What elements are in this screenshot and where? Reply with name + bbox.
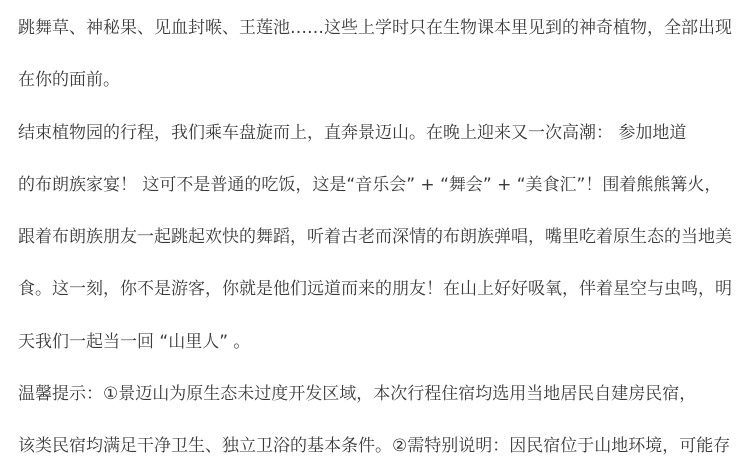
- text-line-5: 跟着布朗族朋友一起跳起欢快的舞蹈，听着古老而深情的布朗族弹唱，嘴里吃着原生态的当…: [18, 211, 736, 263]
- text-line-7: 天我们一起当一回 “山里人” 。: [18, 316, 736, 368]
- text-line-2: 在你的面前。: [18, 54, 736, 106]
- text-line-3: 结束植物园的行程，我们乘车盘旋而上，直奔景迈山。在晚上迎来又一次高潮： 参加地道: [18, 107, 736, 159]
- text-line-8: 温馨提示：①景迈山为原生态未过度开发区域，本次行程住宿均选用当地居民自建房民宿，: [18, 368, 736, 420]
- document-page: 跳舞草、神秘果、见血封喉、王莲池……这些上学时只在生物课本里见到的神奇植物，全部…: [0, 0, 750, 469]
- text-line-6: 食。这一刻，你不是游客，你就是他们远道而来的朋友！在山上好好吸氧，伴着星空与虫鸣…: [18, 263, 736, 315]
- text-line-1: 跳舞草、神秘果、见血封喉、王莲池……这些上学时只在生物课本里见到的神奇植物，全部…: [18, 2, 736, 54]
- text-line-4: 的布朗族家宴！ 这可不是普通的吃饭，这是“音乐会” + “舞会” + “美食汇”…: [18, 159, 736, 211]
- text-line-9: 该类民宿均满足干净卫生、独立卫浴的基本条件。②需特别说明：因民宿位于山地环境，可…: [18, 420, 736, 469]
